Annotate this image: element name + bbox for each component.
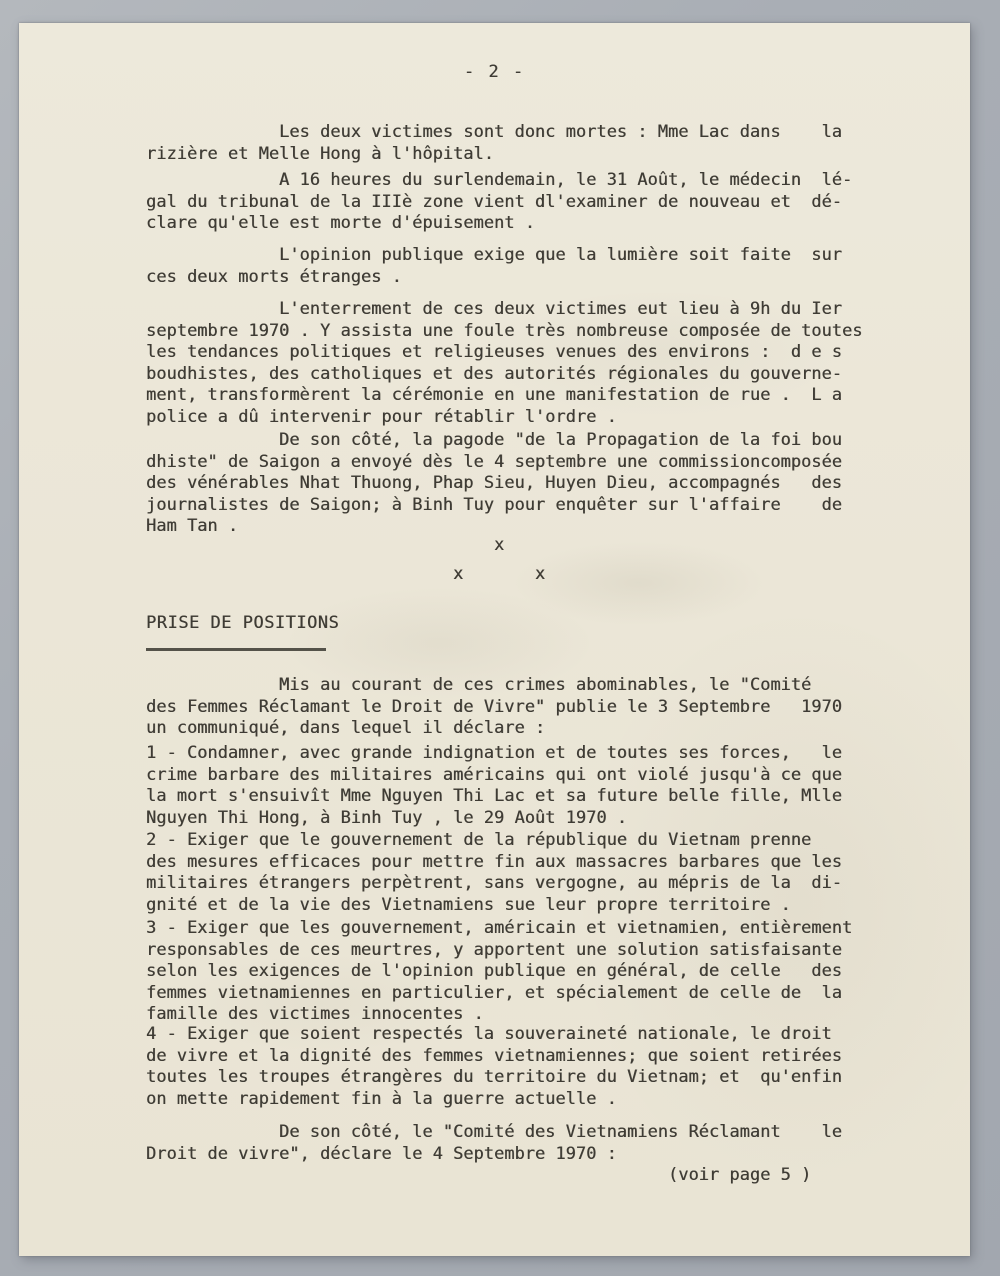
page-number: - 2 - [19,62,970,84]
paragraph-medical-examiner: A 16 heures du surlendemain, le 31 Août,… [146,170,852,235]
section-heading: PRISE DE POSITIONS [146,613,339,635]
paragraph-comite-femmes: Mis au courant de ces crimes abominables… [146,675,842,740]
section-separator-x-top: x [146,535,504,557]
list-item-2-exiger-gouvernement: 2 - Exiger que le gouvernement de la rép… [146,830,842,916]
paragraph-victims-dead: Les deux victimes sont donc mortes : Mme… [146,122,842,165]
list-item-1-condamner: 1 - Condamner, avec grande indignation e… [146,743,842,829]
scanned-page: - 2 - Les deux victimes sont donc mortes… [19,23,970,1256]
section-heading-underline [146,648,326,651]
paragraph-comite-vietnamiens: De son côté, le "Comité des Vietnamiens … [146,1122,842,1165]
paragraph-pagoda-commission: De son côté, la pagode "de la Propagatio… [146,430,842,538]
paragraph-public-opinion: L'opinion publique exige que la lumière … [146,245,842,288]
paragraph-funeral: L'enterrement de ces deux victimes eut l… [146,299,862,429]
list-item-4-exiger-souverainete: 4 - Exiger que soient respectés la souve… [146,1024,842,1110]
section-separator-x-bottom: x x [146,564,545,586]
see-page-note: (voir page 5 ) [146,1165,811,1187]
list-item-3-exiger-solution: 3 - Exiger que les gouvernement, américa… [146,918,852,1026]
